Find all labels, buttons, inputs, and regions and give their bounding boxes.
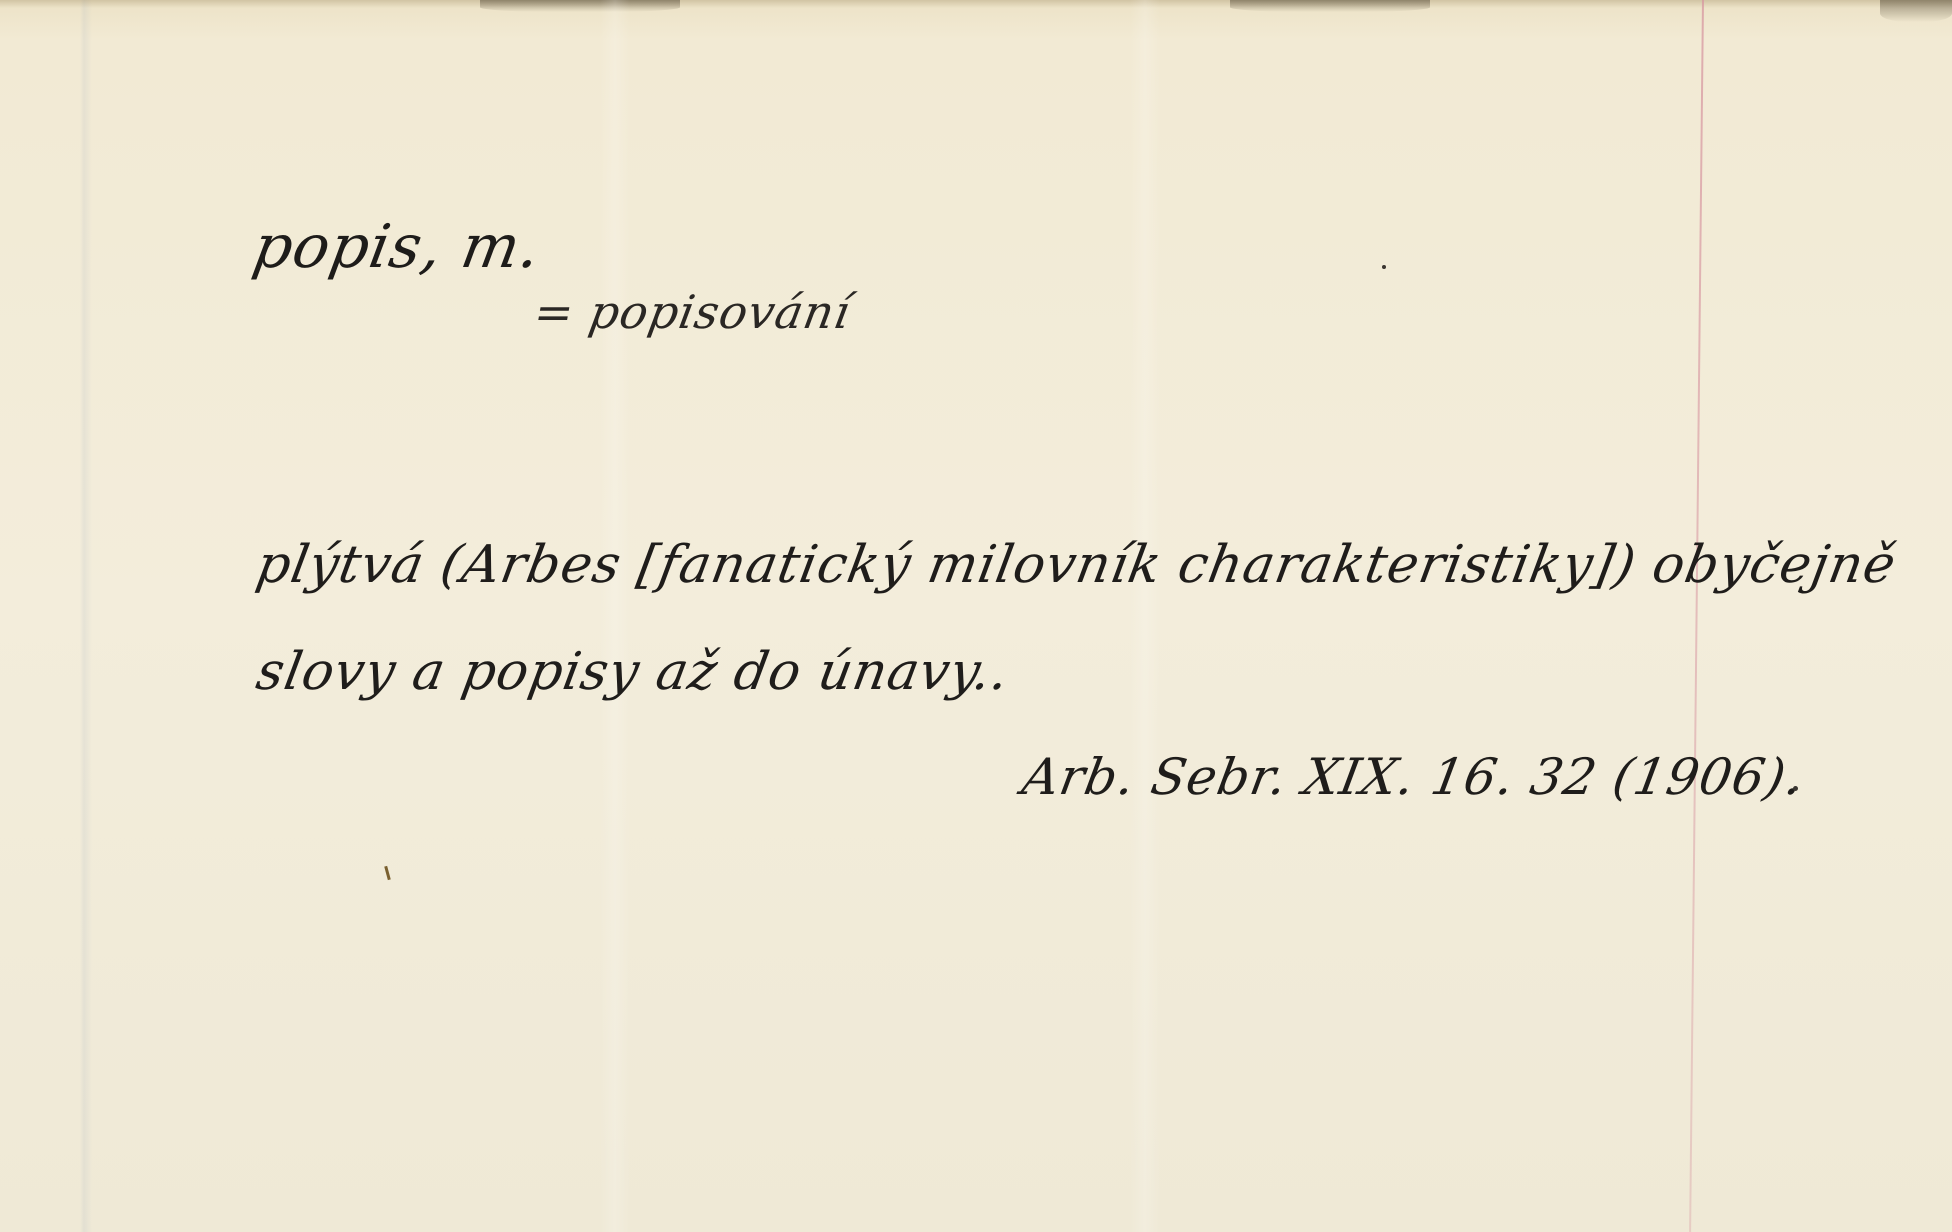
margin-rule [1689, 0, 1704, 1232]
example-line-2: slovy a popisy až do únavy.. [252, 642, 1014, 702]
scan-top-edge [0, 0, 1952, 8]
ink-dot [1793, 786, 1798, 791]
source-citation: Arb. Sebr. XIX. 16. 32 (1906). [1018, 748, 1808, 806]
scan-shadow [1230, 0, 1430, 12]
dictionary-card: popis, m. = popisování plýtvá (Arbes [fa… [0, 0, 1952, 1232]
example-line-1: plýtvá (Arbes [fanatický milovník charak… [252, 535, 1901, 595]
paper-sheen [1130, 0, 1160, 1232]
headword: popis, m. [248, 212, 546, 282]
paper-blemish [384, 866, 391, 880]
paper-sheen [600, 0, 630, 1232]
ink-dot [1382, 265, 1386, 269]
scan-shadow [480, 0, 680, 12]
scan-shadow [1880, 0, 1952, 22]
gloss: = popisování [530, 285, 855, 339]
